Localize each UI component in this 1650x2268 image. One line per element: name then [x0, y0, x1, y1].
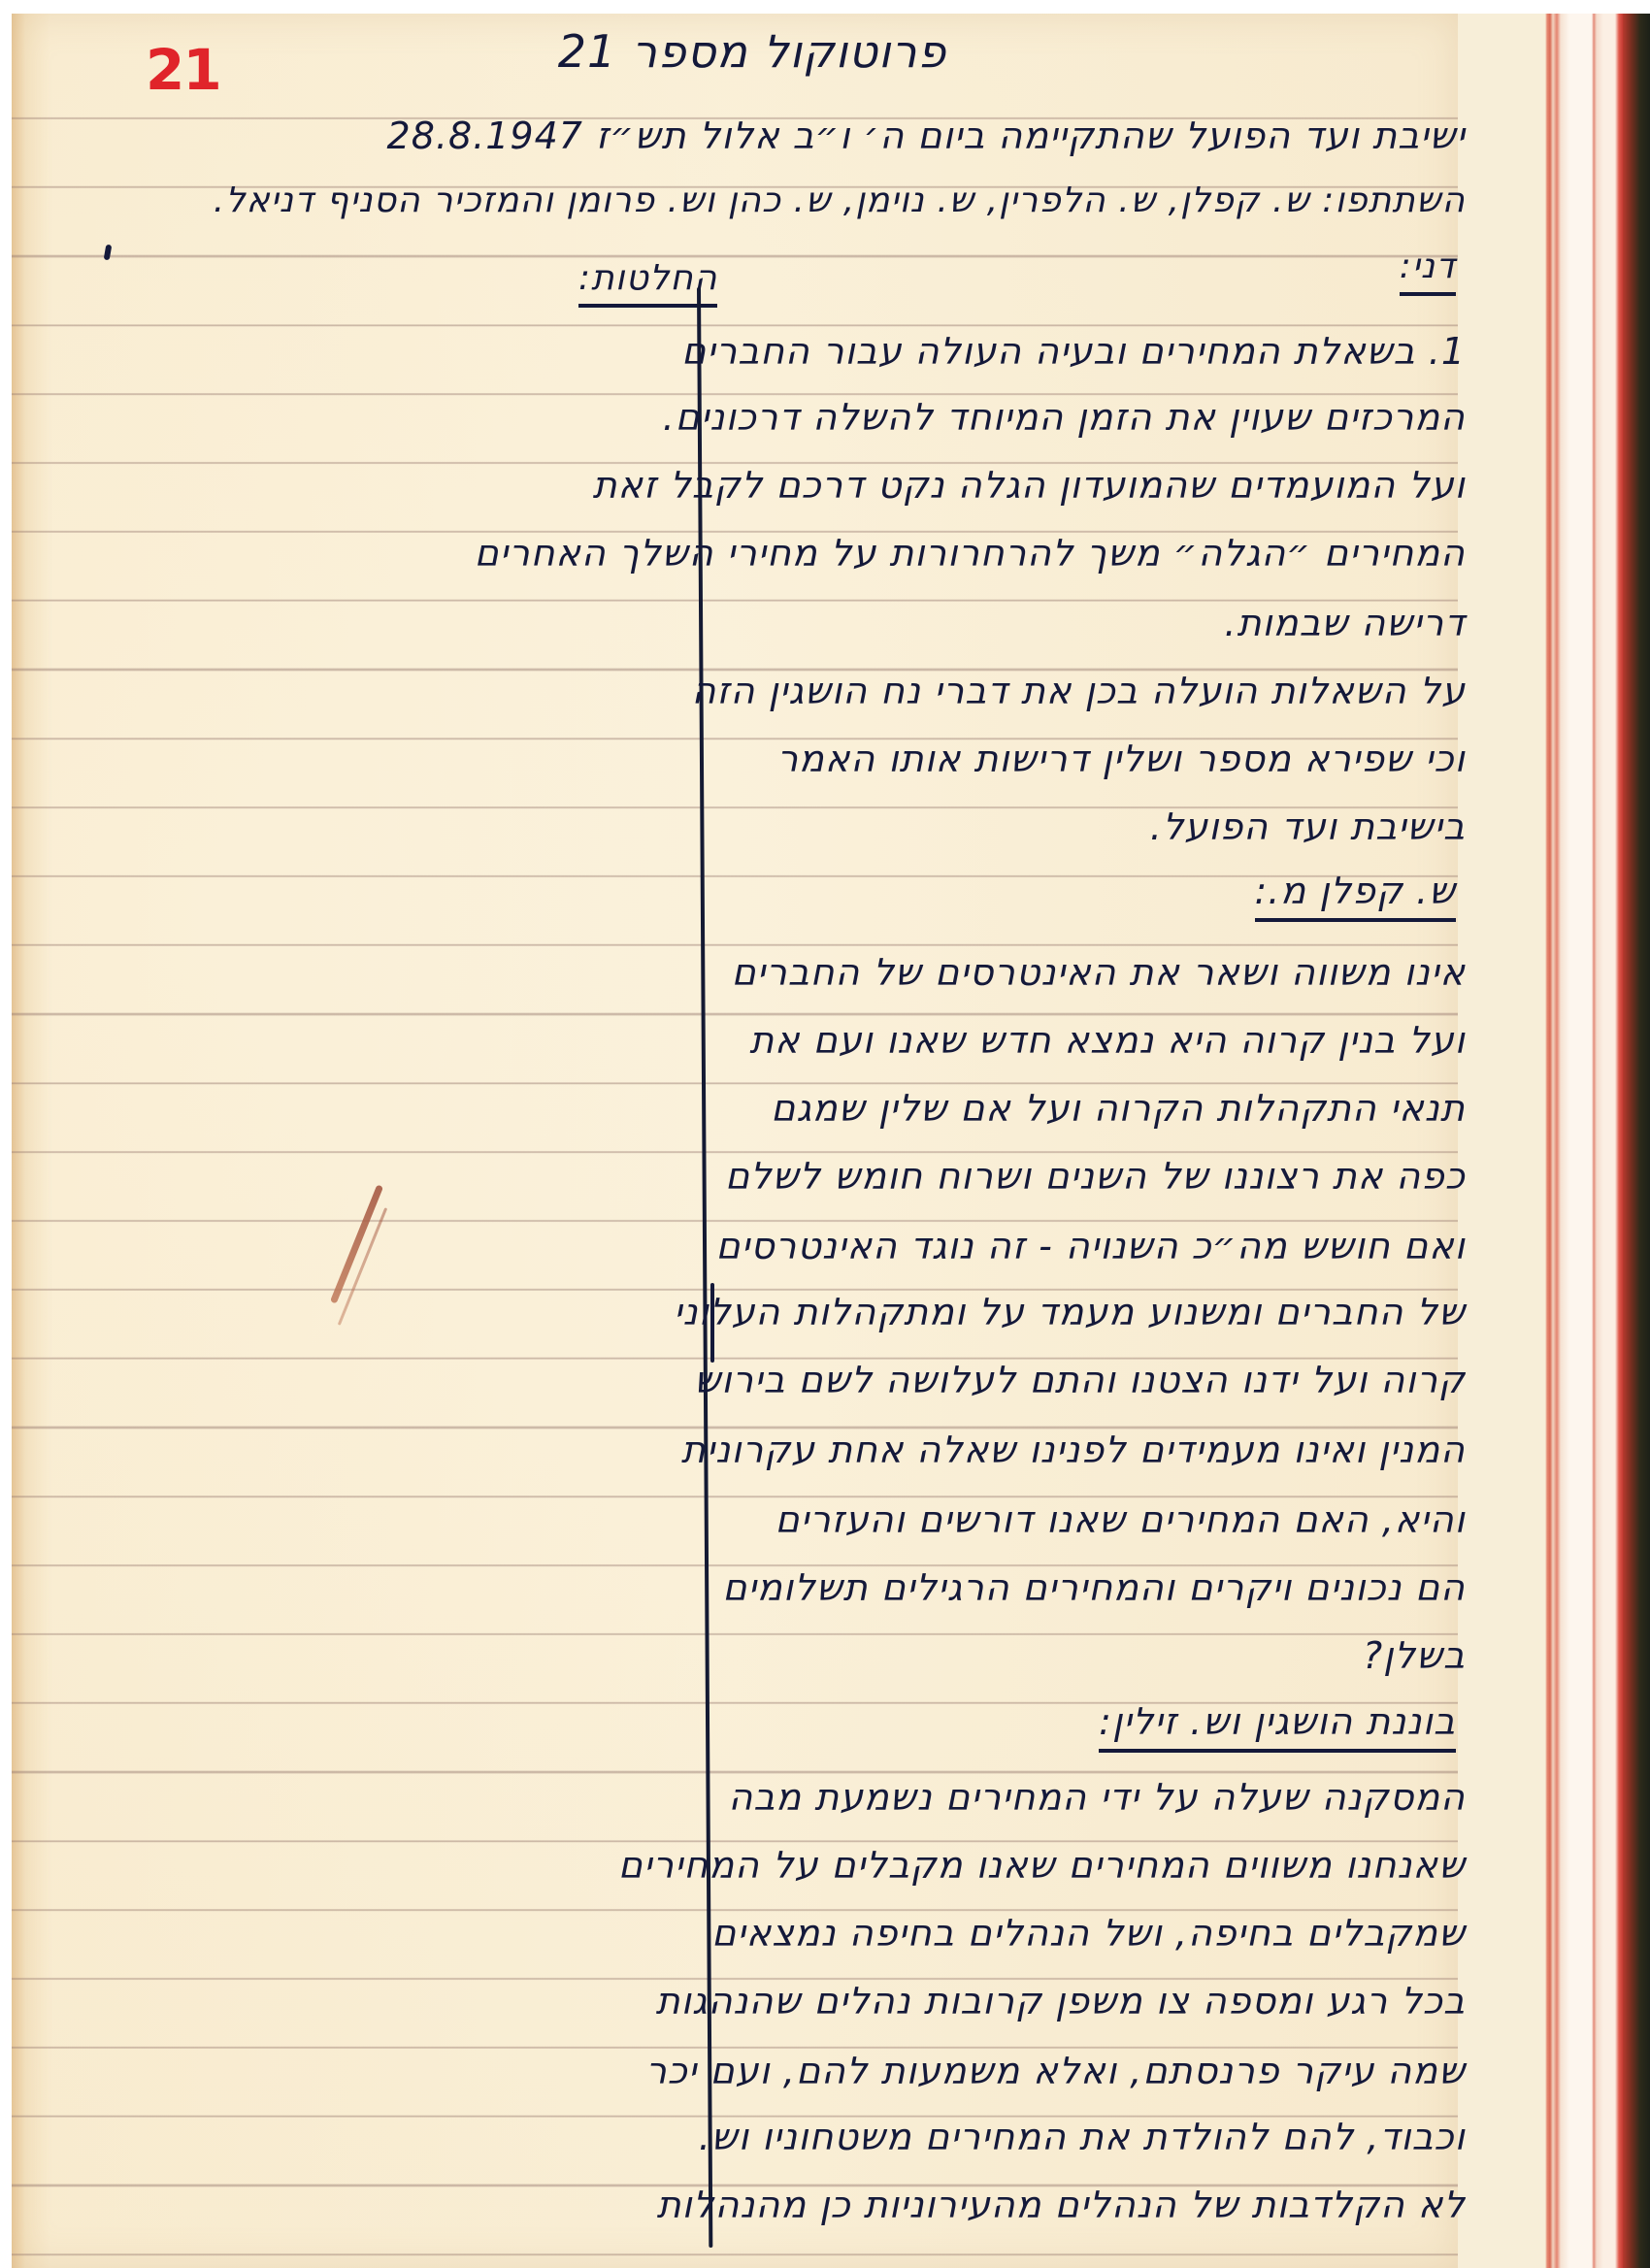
discussion-line: של החברים ומשנוע מעמד על ומתקהלות העלוני — [674, 1291, 1466, 1333]
discussion-line: ואם חושש מה״כ השנויה - זה נוגד האינטרסים — [716, 1225, 1466, 1267]
discussion-line: 1. בשאלת המחירים ובעיה העולה עבור החברים — [681, 330, 1466, 373]
discussion-line: המנין ואינו מעמידים לפנינו שאלה אחת עקרו… — [681, 1429, 1466, 1471]
discussion-line: המרכזים שעוין את הזמן המיוחד להשלה דרכונ… — [663, 396, 1466, 439]
discussion-line: ועל המועמדים שהמועדון הגלה נקט דרכם לקבל… — [593, 464, 1466, 507]
discussion-line: קרוה ועל ידנו הצטנו והתם לעלושה לשם בירו… — [694, 1359, 1466, 1401]
attendees-line: השתתפו: ש. קפלן, ש. הלפרין, ש. נוימן, ש.… — [214, 181, 1466, 220]
discussion-line: תנאי התקהלות הקרוה ועל אם שלין שמגם — [771, 1087, 1466, 1130]
discussion-line: אינו משווה ושאר את האינטרסים של החברים — [732, 951, 1466, 994]
page-edge-margin-rules — [1458, 14, 1623, 2268]
speaker-heading-kaplan: ש. קפלן מ.: — [1255, 870, 1457, 922]
discussion-column-heading: דני: — [1400, 247, 1456, 296]
discussion-line: הם נכונים ויקרים והמחירים הרגילים תשלומי… — [722, 1566, 1466, 1609]
discussion-line: שמקבלים בחיפה, ושל הנהלים בחיפה נמצאים — [711, 1912, 1466, 1955]
discussion-line: על השאלות הועלה בכן את דברי נח הושגין הז… — [692, 670, 1466, 712]
protocol-title: פרוטוקול מספר 21 — [0, 25, 1446, 78]
discussion-line: המסקנה שעלה על ידי המחירים נשמעת מבה — [729, 1776, 1466, 1819]
discussion-line: דרישה שבמות. — [1224, 602, 1466, 644]
discussion-line: וכי שפירא מספר ושלין דרישות אותו האמר — [777, 738, 1466, 780]
discussion-line: לא הקלדבות של הנהלים מהעירוניות כן מהנהל… — [657, 2184, 1466, 2226]
discussion-line: בישיבת ועד הפועל. — [1150, 805, 1466, 848]
discussion-line: ועל בנין קרוה היא נמצא חדש שאנו ועם את — [749, 1019, 1466, 1062]
discussion-line: בשלן? — [1363, 1634, 1466, 1677]
book-binding — [1623, 14, 1650, 2268]
discussion-line: המחירים ״הגלה״ משך להרחרורות על מחירי הש… — [475, 532, 1466, 575]
discussion-line: שמה עיקר פרנסתם, ואלא משמעות להם, ועם יכ… — [645, 2050, 1466, 2092]
speaker-heading-hoshgin: בוננת הושגין וש. זילין: — [1099, 1700, 1456, 1753]
discussion-line: שאנחנו משווים המחירים שאנו מקבלים על המח… — [618, 1844, 1466, 1887]
discussion-line: והיא, האם המחירים שאנו דורשים והעזרים — [775, 1498, 1466, 1541]
discussion-line: וכבוד, להם להולדת את המחירים משטחוניו וש… — [699, 2116, 1466, 2158]
meeting-date-line: ישיבת ועד הפועל שהתקיימה ביום ה׳ ו״ב אלו… — [387, 115, 1466, 157]
margin-bracket-mark — [710, 1283, 714, 1363]
discussion-line: כפה את רצוננו של השנים ושרוח חומש לשלם — [725, 1155, 1466, 1198]
discussion-line: בכל רגע ומספה צו משפן קרובות נהלים שהנהג… — [656, 1980, 1466, 2022]
